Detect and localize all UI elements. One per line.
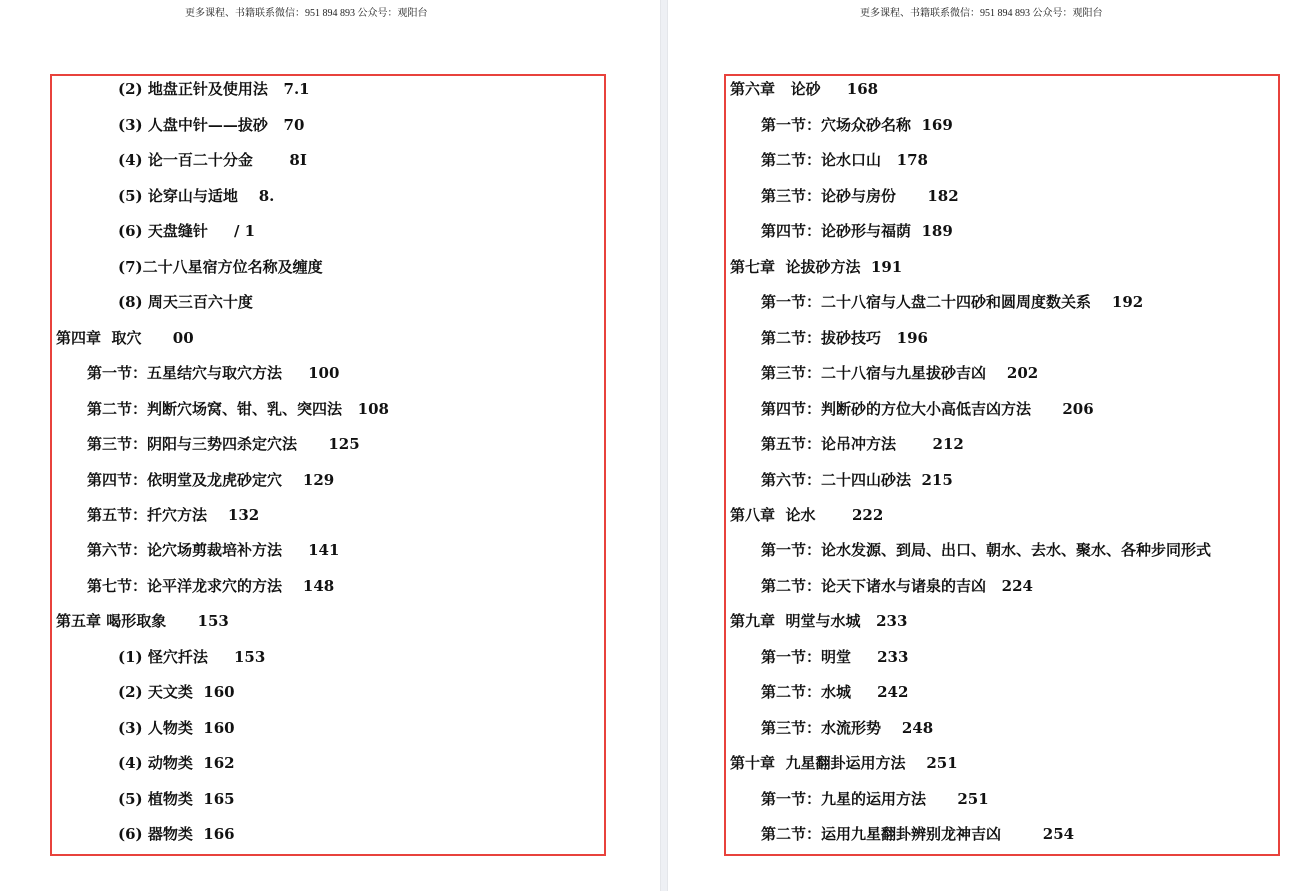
toc-section[interactable]: 第一节：五星结穴与取穴方法 100	[87, 364, 339, 382]
toc-item[interactable]: (7)二十八星宿方位名称及缠度	[118, 258, 323, 276]
toc-item[interactable]: (5) 植物类 165	[118, 790, 235, 808]
toc-section[interactable]: 第七节：论平洋龙求穴的方法 148	[87, 577, 334, 595]
toc-item[interactable]: (3) 人盘中针——拔砂 70	[118, 116, 304, 134]
toc-chapter[interactable]: 第四章 取穴 00	[56, 329, 194, 347]
toc-chapter[interactable]: 第十章 九星翻卦运用方法 251	[730, 754, 958, 772]
toc-item[interactable]: (1) 怪穴扦法 153	[118, 648, 265, 666]
toc-item[interactable]: (4) 动物类 162	[118, 754, 235, 772]
toc-section[interactable]: 第一节：二十八宿与人盘二十四砂和圆周度数关系 192	[761, 293, 1143, 311]
toc-section[interactable]: 第四节：依明堂及龙虎砂定穴 129	[87, 471, 334, 489]
toc-section[interactable]: 第二节：拔砂技巧 196	[761, 329, 928, 347]
toc-section[interactable]: 第一节：明堂 233	[761, 648, 908, 666]
toc-section[interactable]: 第一节：穴场众砂名称 169	[761, 116, 953, 134]
toc-chapter[interactable]: 第五章 喝形取象 153	[56, 612, 229, 630]
toc-item[interactable]: (5) 论穿山与适地 8.	[118, 187, 274, 205]
toc-section[interactable]: 第一节：论水发源、到局、出口、朝水、去水、聚水、各种步同形式	[761, 541, 1211, 559]
toc-item[interactable]: (2) 地盘正针及使用法 7.1	[118, 80, 310, 98]
toc-section[interactable]: 第三节：水流形势 248	[761, 719, 933, 737]
document-page-left: 更多课程、书籍联系微信：951 894 893 公众号：观阳台 (2) 地盘正针…	[0, 0, 660, 891]
page-header: 更多课程、书籍联系微信：951 894 893 公众号：观阳台	[860, 4, 1103, 19]
toc-chapter[interactable]: 第九章 明堂与水城 233	[730, 612, 907, 630]
toc-section[interactable]: 第六节：论穴场剪裁培补方法 141	[87, 541, 339, 559]
toc-item[interactable]: (6) 器物类 166	[118, 825, 235, 843]
toc-section[interactable]: 第三节：论砂与房份 182	[761, 187, 959, 205]
toc-section[interactable]: 第五节：扦穴方法 132	[87, 506, 259, 524]
toc-section[interactable]: 第三节：二十八宿与九星拔砂吉凶 202	[761, 364, 1038, 382]
toc-highlight-box: 第六章 论砂 168 第一节：穴场众砂名称 169 第二节：论水口山 178 第…	[724, 74, 1280, 856]
toc-item[interactable]: (3) 人物类 160	[118, 719, 235, 737]
toc-item[interactable]: (6) 天盘缝针 / 1	[118, 222, 255, 240]
toc-section[interactable]: 第六节：二十四山砂法 215	[761, 471, 953, 489]
toc-section[interactable]: 第一节：九星的运用方法 251	[761, 790, 989, 808]
toc-item[interactable]: (4) 论一百二十分金 8I	[118, 151, 307, 169]
toc-section[interactable]: 第二节：论天下诸水与诸泉的吉凶 224	[761, 577, 1033, 595]
toc-section[interactable]: 第三节：阴阳与三势四杀定穴法 125	[87, 435, 360, 453]
toc-chapter[interactable]: 第八章 论水 222	[730, 506, 883, 524]
toc-section[interactable]: 第二节：水城 242	[761, 683, 908, 701]
toc-item[interactable]: (8) 周天三百六十度	[118, 293, 253, 311]
document-page-right: 更多课程、书籍联系微信：951 894 893 公众号：观阳台 第六章 论砂 1…	[668, 0, 1290, 891]
page-header: 更多课程、书籍联系微信：951 894 893 公众号：观阳台	[185, 4, 428, 19]
toc-section[interactable]: 第二节：论水口山 178	[761, 151, 928, 169]
toc-chapter[interactable]: 第七章 论拔砂方法 191	[730, 258, 902, 276]
toc-highlight-box: (2) 地盘正针及使用法 7.1 (3) 人盘中针——拔砂 70 (4) 论一百…	[50, 74, 606, 856]
toc-section[interactable]: 第四节：论砂形与福荫 189	[761, 222, 953, 240]
toc-section[interactable]: 第五节：论吊冲方法 212	[761, 435, 964, 453]
toc-section[interactable]: 第二节：判断穴场窝、钳、乳、突四法 108	[87, 400, 389, 418]
toc-section[interactable]: 第二节：运用九星翻卦辨别龙神吉凶 254	[761, 825, 1074, 843]
toc-chapter[interactable]: 第六章 论砂 168	[730, 80, 878, 98]
page-gutter	[660, 0, 668, 891]
toc-section[interactable]: 第四节：判断砂的方位大小高低吉凶方法 206	[761, 400, 1094, 418]
toc-item[interactable]: (2) 天文类 160	[118, 683, 235, 701]
